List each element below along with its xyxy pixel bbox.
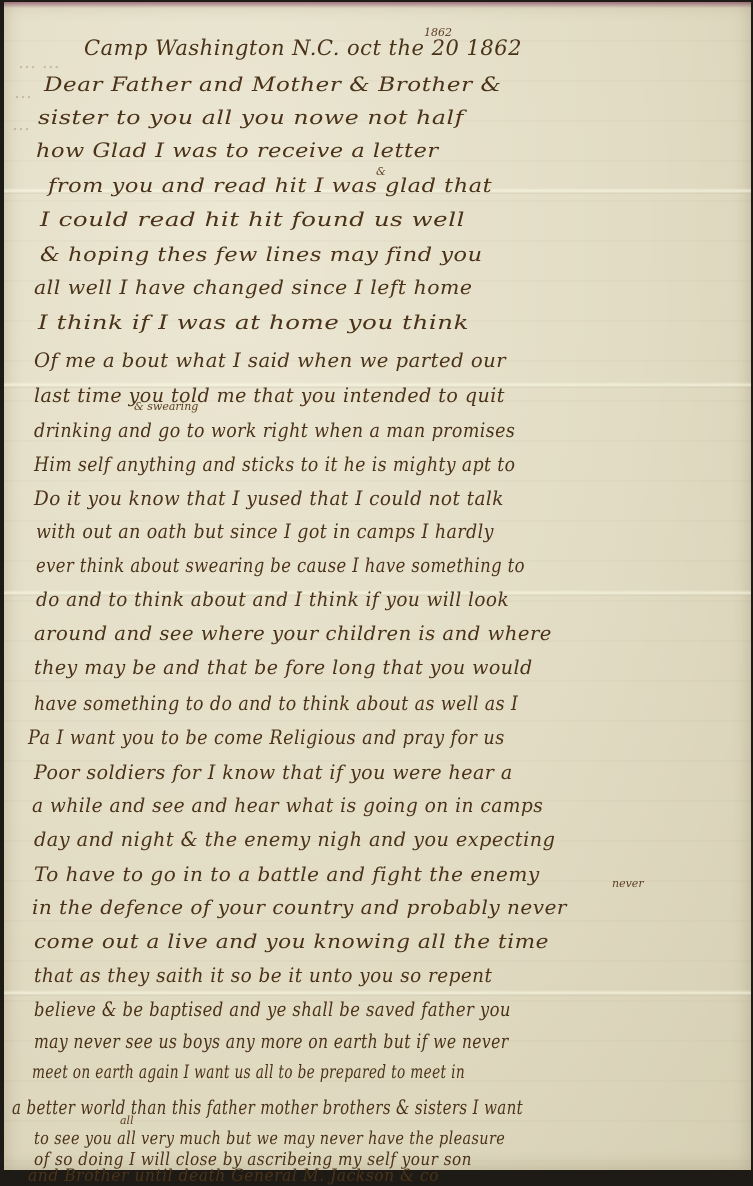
insertion: never <box>612 877 644 890</box>
letter-line: Of me a bout what I said when we parted … <box>34 348 506 372</box>
bleed-through-text: … … <box>18 52 60 73</box>
letter-line: around and see where your children is an… <box>34 621 552 645</box>
letter-heading: Camp Washington N.C. oct the 20 1862 <box>84 36 522 60</box>
letter-line: they may be and that be fore long that y… <box>34 655 533 679</box>
letter-line: ever think about swearing be cause I hav… <box>36 553 525 577</box>
insertion: 1862 <box>424 26 452 39</box>
letter-line: day and night & the enemy nigh and you e… <box>34 827 555 851</box>
signature-line: and Brother until death General M. Jacks… <box>28 1166 439 1172</box>
letter-line: that as they saith it so be it unto you … <box>34 963 492 987</box>
letter-line: To have to go in to a battle and fight t… <box>34 862 540 886</box>
letter-line: Dear Father and Mother & Brother & <box>44 72 502 96</box>
letter-line: have something to do and to think about … <box>34 691 518 715</box>
letter-line: all well I have changed since I left hom… <box>34 275 472 299</box>
insertion: & swearing <box>134 400 198 413</box>
letter-line: may never see us boys any more on earth … <box>34 1029 509 1053</box>
letter-page: … … … … Camp Washington N.C. oct the 20 … <box>4 2 751 1170</box>
letter-line: Do it you know that I yused that I could… <box>34 486 504 510</box>
letter-line: Poor soldiers for I know that if you wer… <box>34 760 513 784</box>
letter-line: believe & be baptised and ye shall be sa… <box>34 997 511 1021</box>
letter-line: do and to think about and I think if you… <box>36 587 509 611</box>
letter-line: a better world than this father mother b… <box>12 1095 523 1119</box>
letter-line: drinking and go to work right when a man… <box>34 418 515 442</box>
letter-line: with out an oath but since I got in camp… <box>36 519 494 543</box>
letter-line: a while and see and hear what is going o… <box>32 793 543 817</box>
paper-fold <box>4 990 751 996</box>
bleed-through-text: … <box>12 114 30 135</box>
letter-line: & hoping thes few lines may find you <box>40 242 483 266</box>
letter-line: from you and read hit I was glad that <box>48 173 492 197</box>
bleed-through-text: … <box>14 82 32 103</box>
letter-line: sister to you all you nowe not half <box>38 105 464 129</box>
letter-line: Pa I want you to be come Religious and p… <box>28 725 505 749</box>
letter-line: to see you all very much but we may neve… <box>34 1128 505 1149</box>
letter-line: meet on earth again I want us all to be … <box>32 1061 465 1083</box>
letter-line: last time you told me that you intended … <box>34 383 505 407</box>
letter-line: I could read hit hit found us well <box>40 207 465 231</box>
letter-line: come out a live and you knowing all the … <box>34 929 549 953</box>
insertion: all <box>120 1114 134 1127</box>
letter-line: in the defence of your country and proba… <box>32 895 567 919</box>
insertion: & <box>376 165 386 178</box>
letter-line: how Glad I was to receive a letter <box>36 138 439 162</box>
letter-line: Him self anything and sticks to it he is… <box>34 452 515 476</box>
letter-line: I think if I was at home you think <box>38 310 469 334</box>
